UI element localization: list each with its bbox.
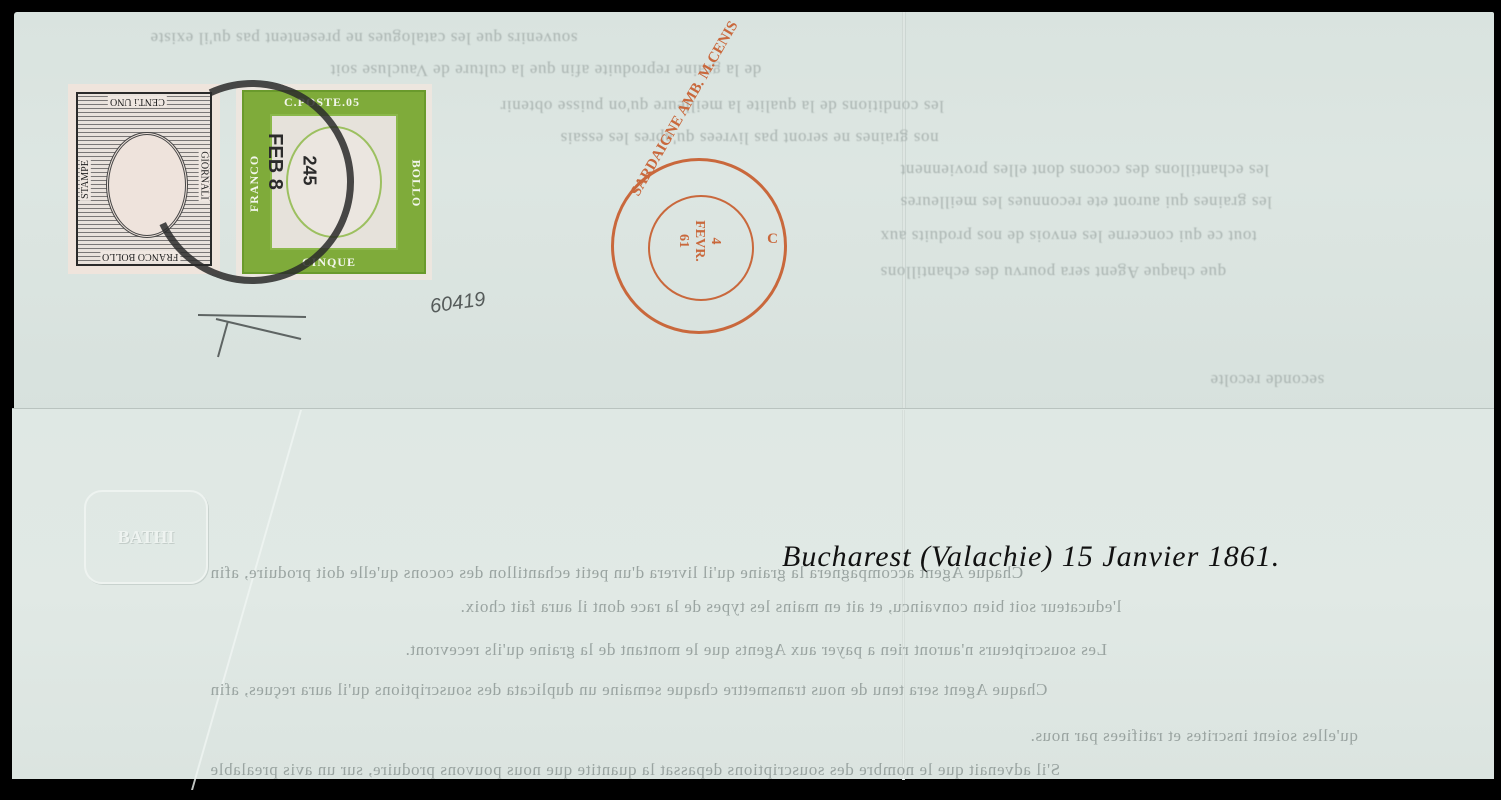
postmark-day: 4 bbox=[708, 238, 723, 245]
vertical-fold-lower bbox=[902, 410, 905, 780]
show-through-line: nos graines ne seront pas livrees qu'apr… bbox=[560, 128, 939, 148]
show-through-line: l'educateur soit bien convaincu, et ait … bbox=[460, 597, 1121, 617]
show-through-line: que chaque Agent sera pourvu des echanti… bbox=[880, 262, 1226, 282]
show-through-line: qu'elles soient inscrites et ratifiees p… bbox=[1030, 726, 1358, 746]
show-through-line: les graines qui auront ete reconnues les… bbox=[900, 192, 1272, 212]
vertical-fold-upper bbox=[902, 12, 906, 417]
postmark-date: 4 FEVR. 61 bbox=[675, 206, 723, 276]
embossed-seal: BATHI bbox=[84, 490, 208, 584]
postmark-year: 61 bbox=[676, 234, 691, 248]
stamp-label-bottom: FRANCO BOLLO bbox=[100, 251, 180, 262]
show-through-line: Les souscripteurs n'auront rien a payer … bbox=[405, 640, 1107, 660]
red-entry-postmark: SARDAIGNE AMB. M.CENIS C 4 FEVR. 61 bbox=[611, 158, 787, 334]
cancel-date: FEB 8 bbox=[263, 133, 286, 190]
postmark-side-letter: C bbox=[767, 231, 778, 248]
pencil-check-mark bbox=[196, 309, 306, 359]
stamp-label-top: CENT.i UNO bbox=[108, 96, 167, 107]
postmark-month: FEVR. bbox=[692, 220, 707, 262]
show-through-line: souvenirs que les catalogues ne presente… bbox=[150, 28, 577, 48]
letter-sheet-lower-panel bbox=[12, 408, 1494, 779]
show-through-line: S'il advenait que le nombre des souscrip… bbox=[210, 760, 1060, 780]
show-through-line: tout ce qui concerne les envois de nos p… bbox=[880, 226, 1257, 246]
handwritten-dateline: Bucharest (Valachie) 15 Janvier 1861. bbox=[782, 540, 1280, 574]
show-through-line: seconde recolte bbox=[1210, 370, 1324, 390]
show-through-line: les echantillons des cocons dont elles p… bbox=[900, 160, 1269, 180]
show-through-line: les conditions de la qualite la meilleur… bbox=[500, 96, 944, 116]
cancel-number: 245 bbox=[299, 155, 320, 185]
stamp-label-right: BOLLO bbox=[409, 160, 424, 208]
stamp-label-left: STAMPE bbox=[80, 158, 91, 201]
show-through-line: Chaque Agent sera tenu de nous transmett… bbox=[210, 680, 1047, 700]
